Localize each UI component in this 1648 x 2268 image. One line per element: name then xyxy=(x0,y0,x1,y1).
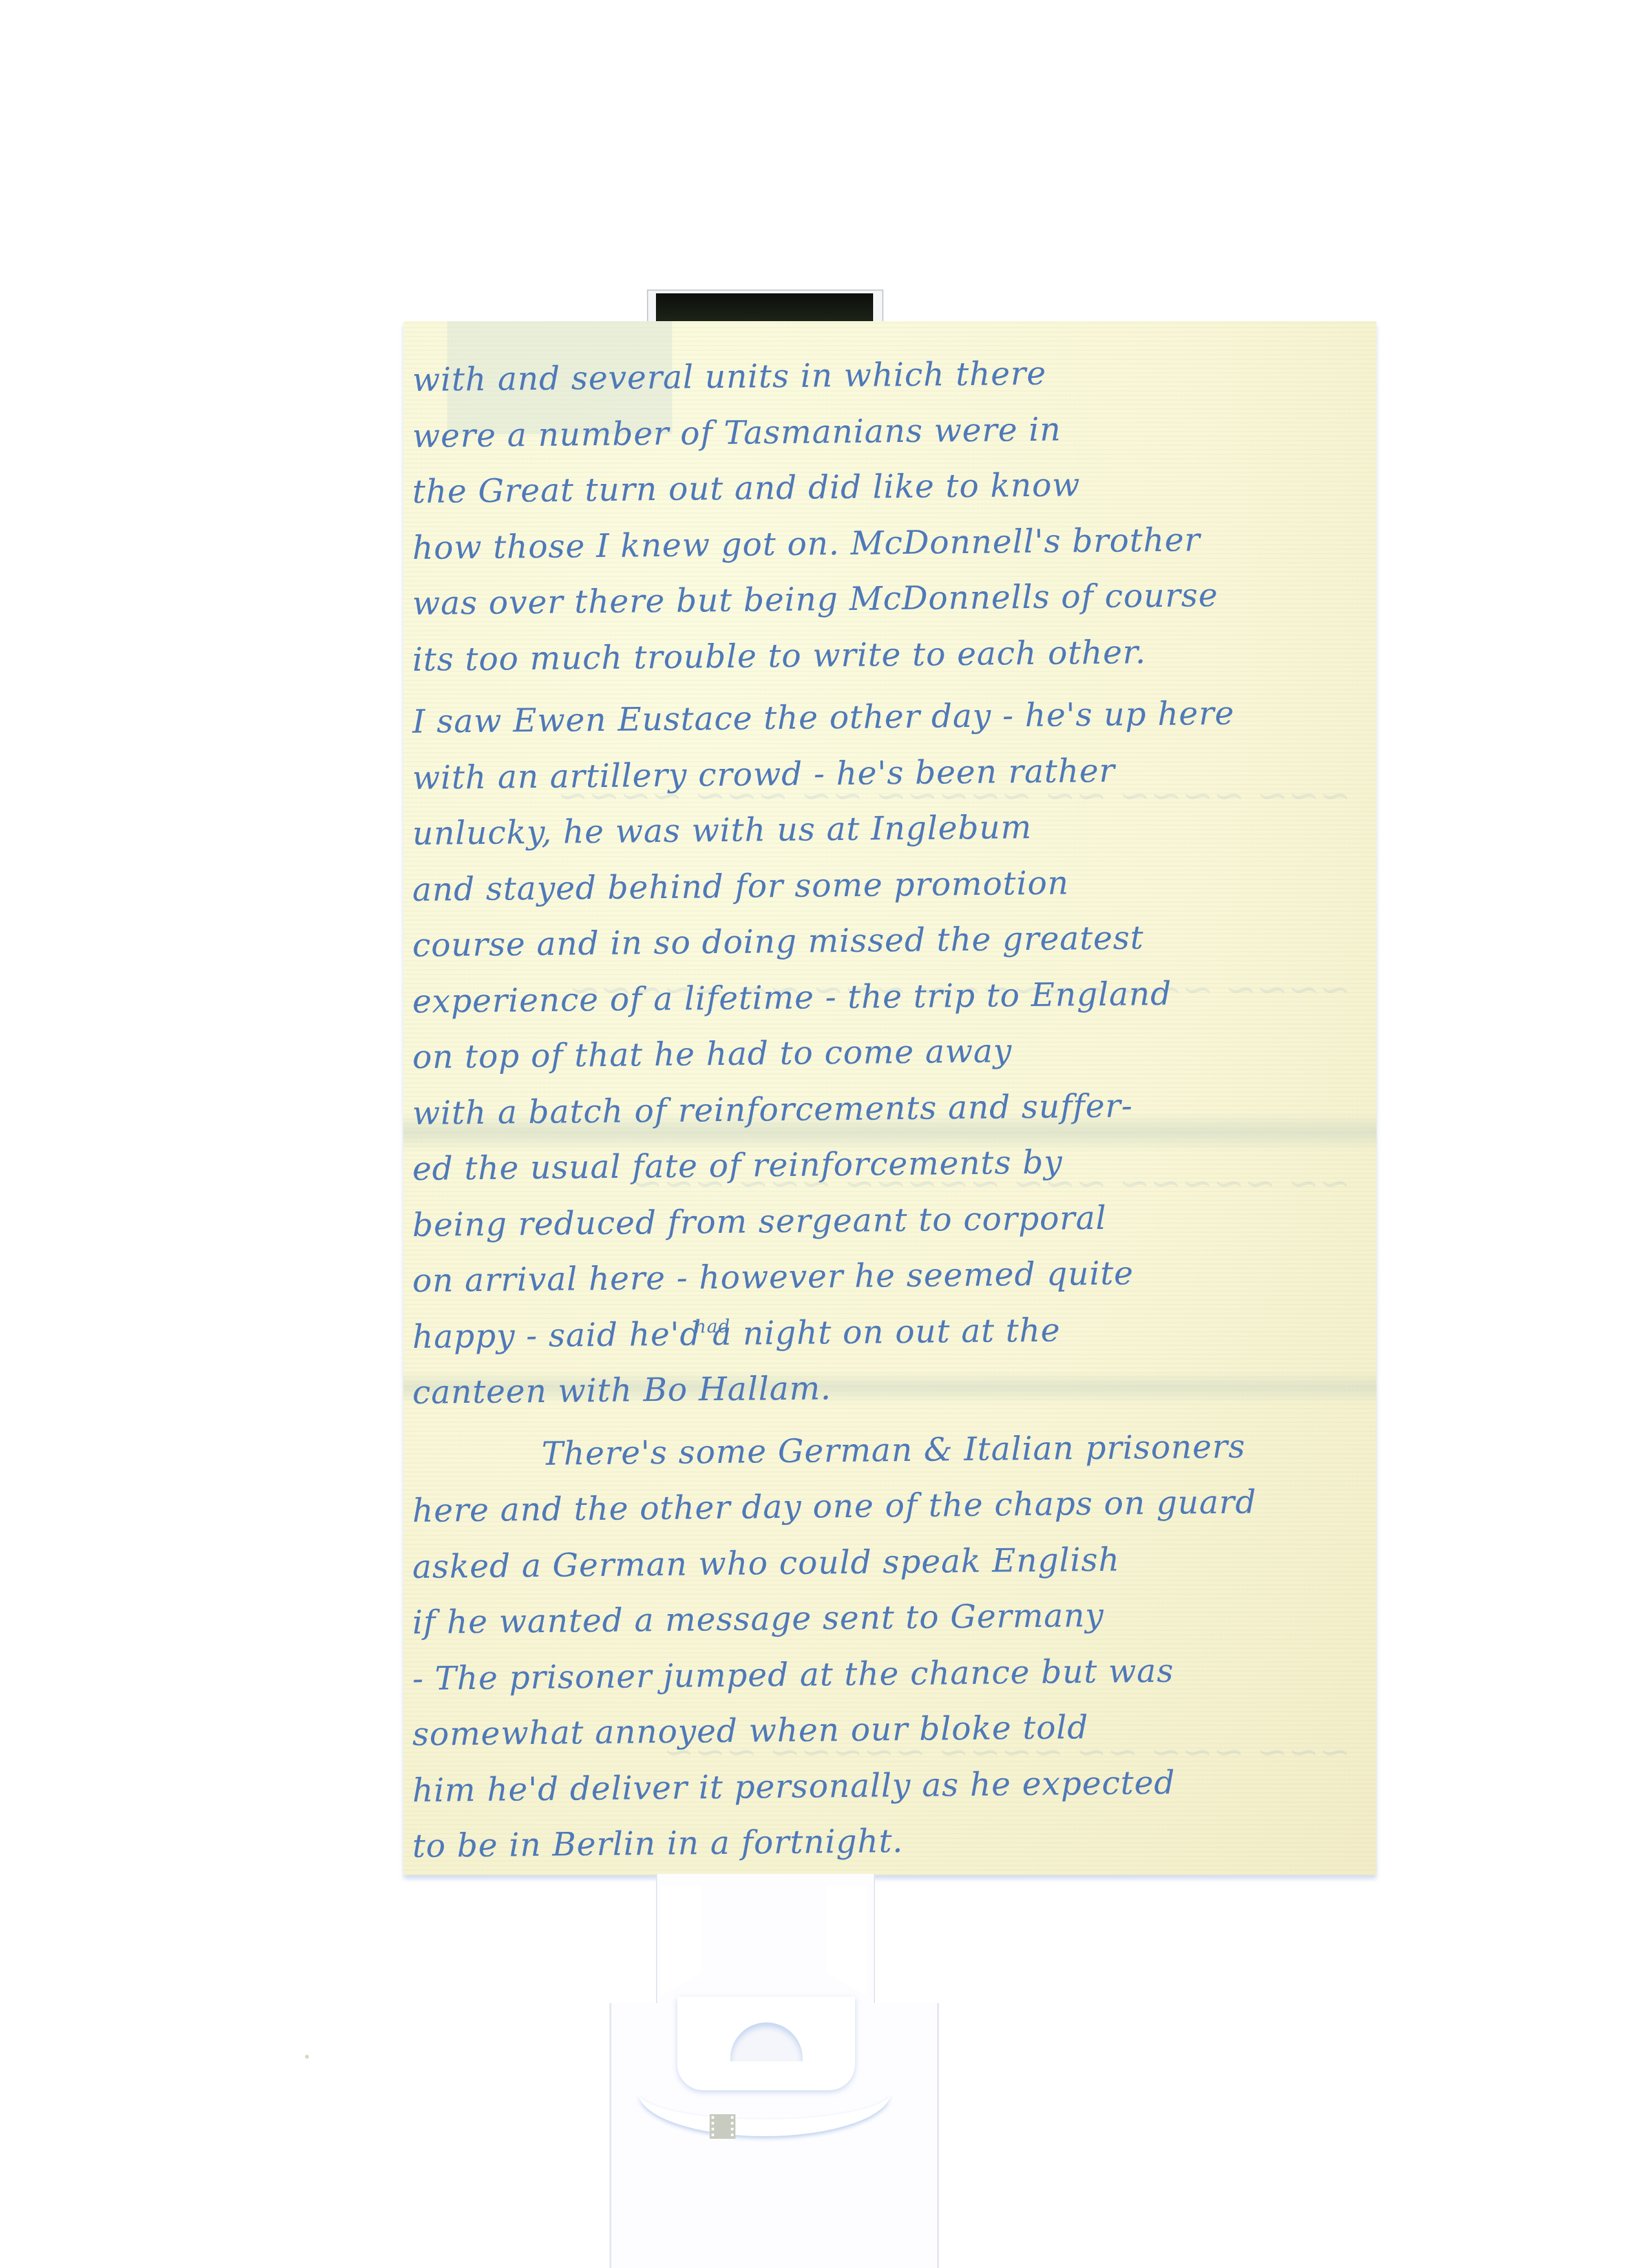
handwritten-line: its too much trouble to write to each ot… xyxy=(412,622,1371,688)
film-strip-icon xyxy=(710,2114,735,2139)
handwritten-line: to be in Berlin in a fortnight. xyxy=(412,1808,1371,1874)
handwritten-line: on top of that he had to come away xyxy=(412,1019,1371,1085)
handwritten-line: being reduced from sergeant to corporal xyxy=(412,1187,1371,1253)
handwritten-line: here and the other day one of the chaps … xyxy=(412,1473,1371,1538)
inserted-word: had xyxy=(695,1317,731,1336)
handwritten-line: him he'd deliver it personally as he exp… xyxy=(412,1752,1371,1818)
line-text: a night on out at the xyxy=(701,1311,1061,1352)
handwritten-line: if he wanted a message sent to Germany xyxy=(412,1584,1371,1650)
handwritten-line: with a batch of reinforcements and suffe… xyxy=(412,1075,1371,1141)
handwritten-line: and stayed behind for some promotion xyxy=(412,852,1371,918)
scanner-top-clip xyxy=(647,289,883,323)
handwritten-line: course and in so doing missed the greate… xyxy=(412,907,1371,973)
holder-plate xyxy=(677,1997,855,2090)
handwritten-text-body: with and several units in which therewer… xyxy=(412,352,1370,1874)
handwritten-line: I saw Ewen Eustace the other day - he's … xyxy=(412,684,1371,750)
handwritten-line: was over there but being McDonnells of c… xyxy=(412,565,1371,631)
handwritten-line: happy - said he'dhad a night on out at t… xyxy=(412,1299,1371,1365)
handwritten-line: canteen with Bo Hallam. xyxy=(412,1354,1371,1420)
handwritten-line: There's some German & Italian prisoners xyxy=(412,1417,1371,1483)
clip-slot xyxy=(656,293,873,322)
handwritten-line: asked a German who could speak English xyxy=(412,1529,1371,1595)
handwritten-line: ed the usual fate of reinforcements by xyxy=(412,1131,1371,1197)
handwritten-line: on arrival here - however he seemed quit… xyxy=(412,1243,1371,1308)
handwritten-line: how those I knew got on. McDonnell's bro… xyxy=(412,510,1371,576)
handwritten-line: experience of a lifetime - the trip to E… xyxy=(412,963,1371,1029)
line-text: happy - said he'd xyxy=(412,1315,701,1356)
holder-arch-cutout xyxy=(730,2022,803,2061)
handwritten-line: with and several units in which there xyxy=(412,342,1371,408)
handwritten-line: were a number of Tasmanians were in xyxy=(412,398,1371,464)
handwritten-line: - The prisoner jumped at the chance but … xyxy=(412,1641,1371,1706)
scanner-bottom-holder xyxy=(609,1874,939,2268)
handwritten-line: unlucky, he was with us at Inglebum xyxy=(412,795,1371,861)
handwritten-line: somewhat annoyed when our bloke told xyxy=(412,1696,1371,1762)
handwritten-line: the Great turn out and did like to know xyxy=(412,454,1371,520)
handwritten-line: with an artillery crowd - he's been rath… xyxy=(412,740,1371,806)
letter-sheet: ~~~ ~~~~ ~~ ~~~~~ ~~ ~~~ ~~~~ ~~~~ ~~~ ~… xyxy=(403,321,1377,1875)
dust-speck xyxy=(305,2055,309,2059)
